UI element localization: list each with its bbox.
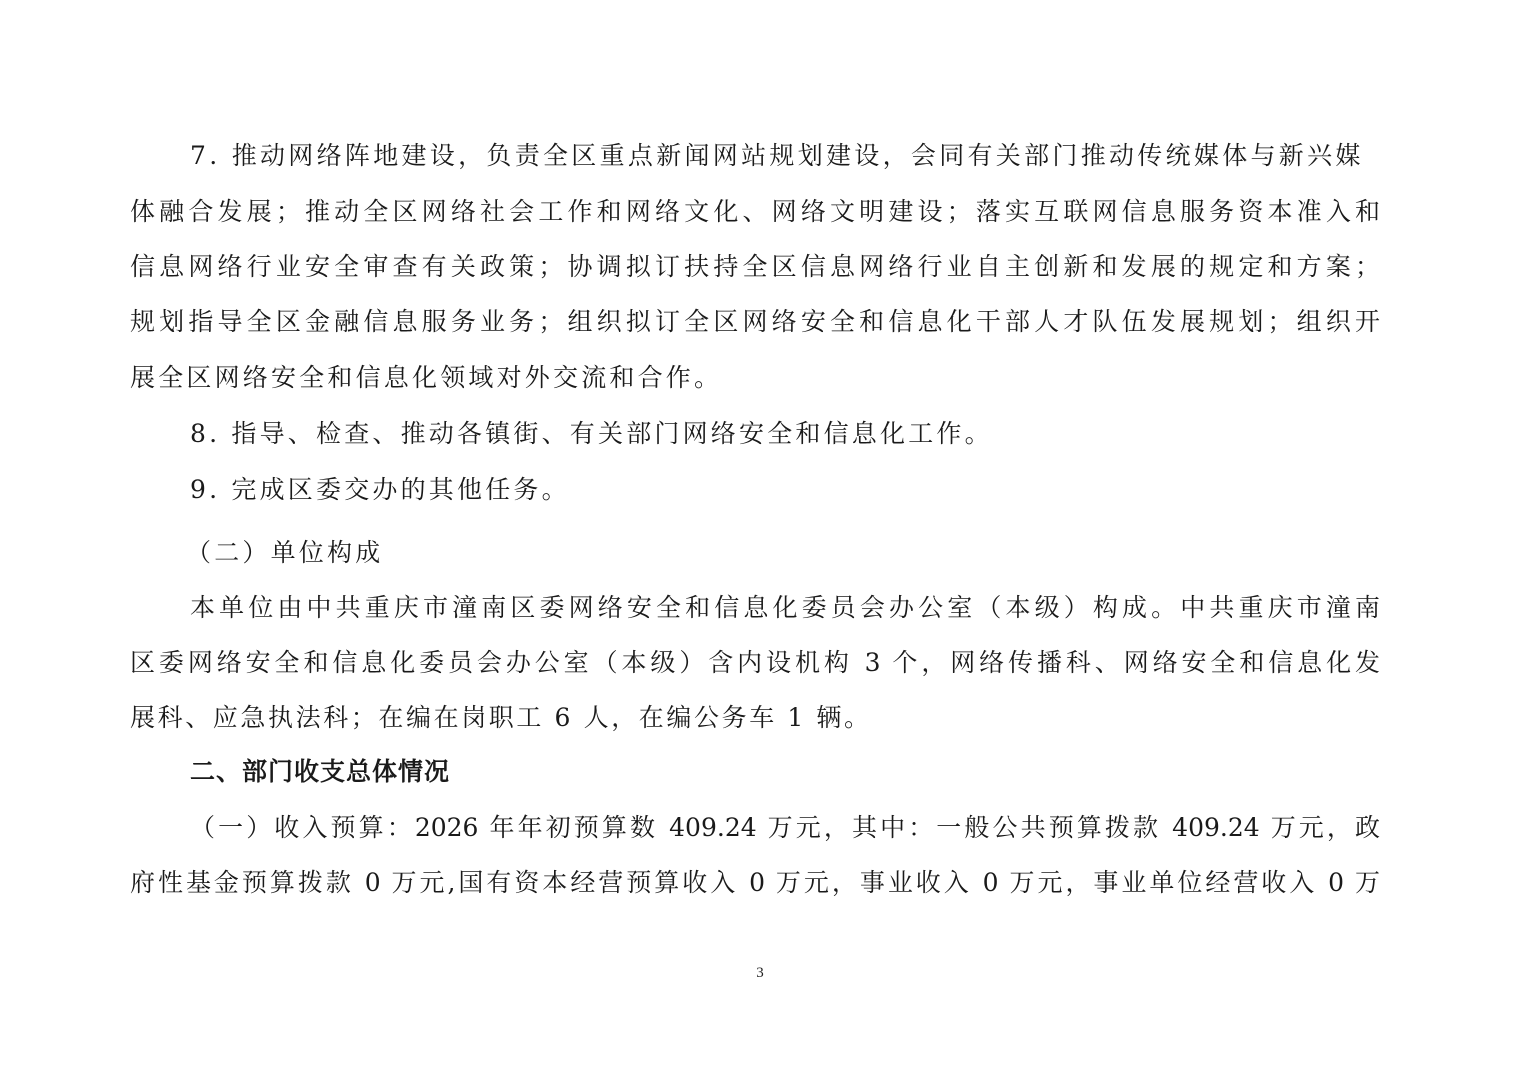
unit-composition-line-2: 区委网络安全和信息化委员会办公室（本级）含内设机构 3 个，网络传播科、网络安全… — [130, 643, 1380, 683]
unit-composition-line-3: 展科、应急执法科；在编在岗职工 6 人，在编公务车 1 辆。 — [130, 698, 1380, 738]
duty-item-7-line-3: 信息网络行业安全审查有关政策；协调拟订扶持全区信息网络行业自主创新和发展的规定和… — [130, 247, 1380, 287]
duty-item-7-line-5: 展全区网络安全和信息化领域对外交流和合作。 — [130, 358, 1380, 398]
duty-item-7-line-2: 体融合发展；推动全区网络社会工作和网络文化、网络文明建设；落实互联网信息服务资本… — [130, 192, 1380, 232]
page-number: 3 — [740, 965, 780, 982]
income-budget-line-2: 府性基金预算拨款 0 万元,国有资本经营预算收入 0 万元，事业收入 0 万元，… — [130, 863, 1380, 903]
section-heading-budget: 二、部门收支总体情况 — [190, 752, 1380, 792]
duty-item-7-line-1: 7. 推动网络阵地建设，负责全区重点新闻网站规划建设，会同有关部门推动传统媒体与… — [190, 136, 1380, 176]
document-page: 7. 推动网络阵地建设，负责全区重点新闻网站规划建设，会同有关部门推动传统媒体与… — [0, 0, 1520, 1074]
duty-item-8: 8. 指导、检查、推动各镇街、有关部门网络安全和信息化工作。 — [190, 414, 1380, 454]
unit-composition-line-1: 本单位由中共重庆市潼南区委网络安全和信息化委员会办公室（本级）构成。中共重庆市潼… — [190, 588, 1380, 628]
unit-composition-heading: （二）单位构成 — [186, 533, 1376, 573]
duty-item-9: 9. 完成区委交办的其他任务。 — [190, 470, 1380, 510]
income-budget-line-1: （一）收入预算：2026 年年初预算数 409.24 万元，其中：一般公共预算拨… — [190, 808, 1380, 848]
duty-item-7-line-4: 规划指导全区金融信息服务业务；组织拟订全区网络安全和信息化干部人才队伍发展规划；… — [130, 302, 1380, 342]
